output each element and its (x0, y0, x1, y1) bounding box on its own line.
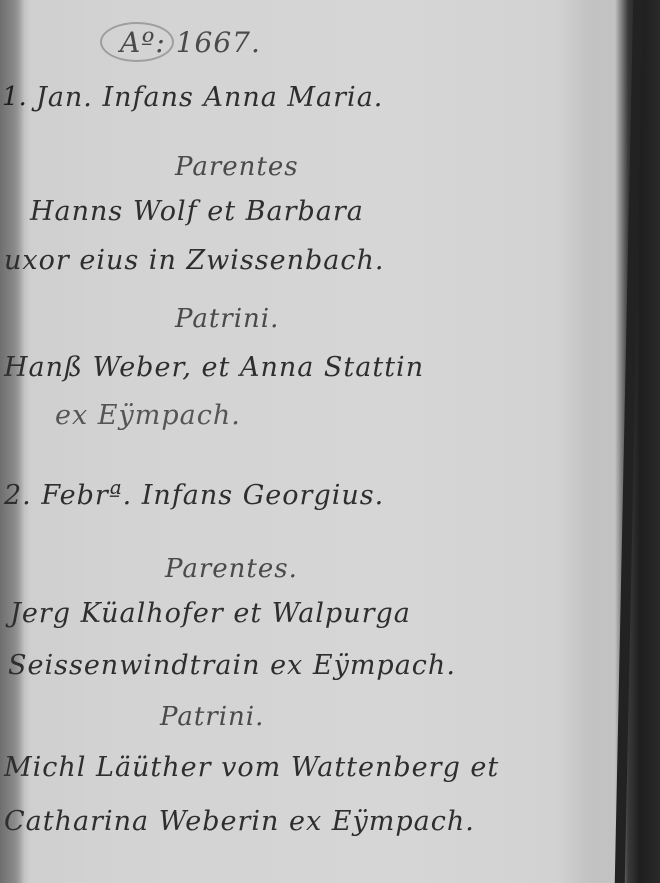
entry-1-patrini-line-2: ex Eÿmpach. (55, 400, 241, 431)
entry-1-margin-number: 1. (2, 82, 27, 112)
entry-2-patrini-line-1: Michl Läüther vom Wattenberg et (4, 752, 499, 783)
paper-fold-shading (555, 0, 625, 883)
entry-2-parentes-line-1: Jerg Küalhofer et Walpurga (10, 598, 411, 629)
entry-2-patrini-label: Patrini. (160, 702, 264, 732)
entry-2-parentes-line-2: Seissenwindtrain ex Eÿmpach. (8, 650, 456, 681)
entry-1-parentes-line-2: uxor eius in Zwissenbach. (4, 245, 384, 276)
binding-gutter (0, 0, 24, 883)
entry-1-patrini-label: Patrini. (175, 304, 279, 334)
year-heading: Aº: 1667. (120, 26, 261, 59)
entry-2-patrini-line-2: Catharina Weberin ex Eÿmpach. (4, 806, 475, 837)
entry-1-patrini-line-1: Hanß Weber, et Anna Stattin (4, 352, 424, 383)
entry-1-infans-line: Jan. Infans Anna Maria. (36, 82, 383, 113)
entry-2-infans-line: 2. Febrª. Infans Georgius. (4, 480, 384, 511)
entry-2-parentes-label: Parentes. (165, 554, 298, 584)
entry-1-parentes-line-1: Hanns Wolf et Barbara (30, 196, 364, 227)
entry-1-parentes-label: Parentes (175, 152, 299, 182)
manuscript-page: Aº: 1667. 1. Jan. Infans Anna Maria. Par… (0, 0, 660, 883)
